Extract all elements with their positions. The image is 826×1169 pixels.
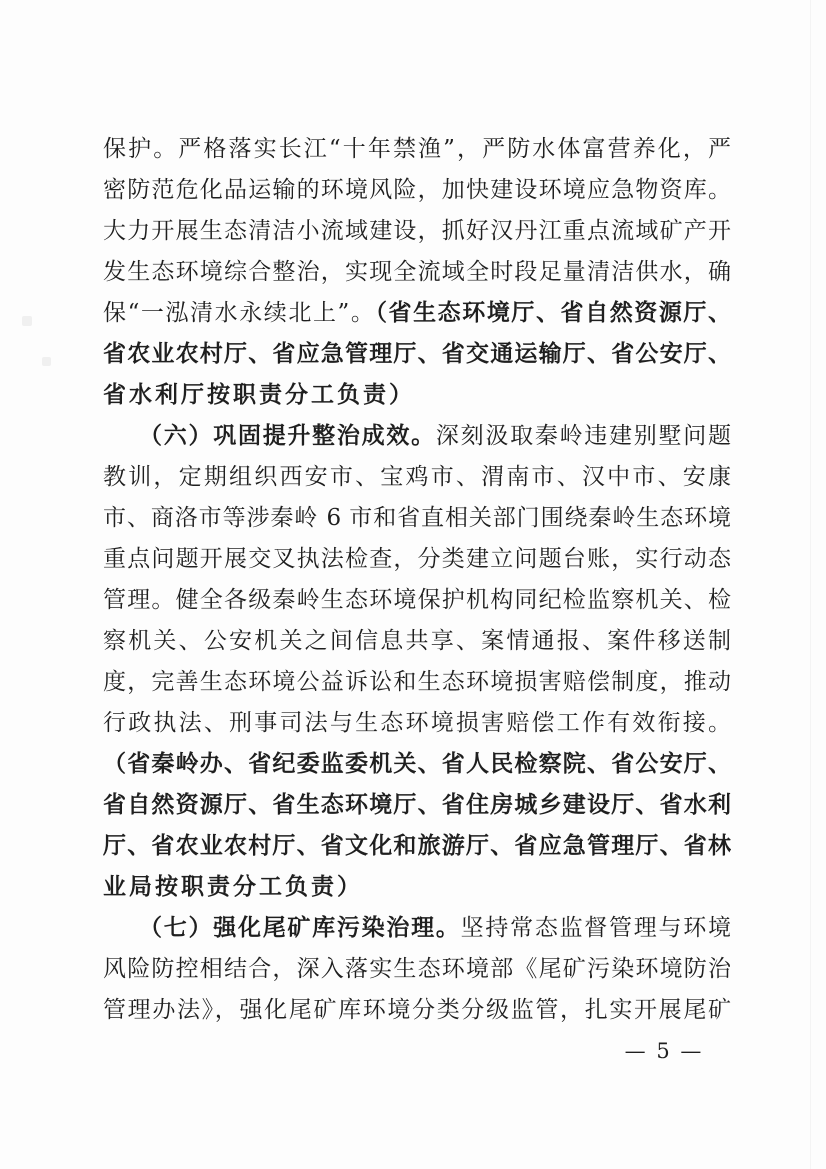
bold-text-run: 省农业农村厅、省应急管理厅、省交通运输厅、省公安厅、 [103,341,731,367]
text-line: 业局按职责分工负责） [103,867,731,908]
text-line: 教训，定期组织西安市、宝鸡市、渭南市、汉中市、安康 [103,457,731,498]
bold-text-run: （七）强化尾矿库污染治理。 [139,915,461,941]
text-line: 保“一泓清水永续北上”。（省生态环境厅、省自然资源厅、 [103,293,731,334]
text-run: 管理办法》，强化尾矿库环境分类分级监管，扎实开展尾矿 [103,997,731,1023]
text-line: 重点问题开展交叉执法检查，分类建立问题台账，实行动态 [103,539,731,580]
text-run: 市、商洛市等涉秦岭 6 市和省直相关部门围绕秦岭生态环境 [103,505,731,531]
scan-smudge-artifact [42,357,51,366]
bold-text-run: 厅、省农业农村厅、省文化和旅游厅、省应急管理厅、省林 [103,833,731,859]
text-run: 察机关、公安机关之间信息共享、案情通报、案件移送制 [103,628,731,654]
document-page: 保护。严格落实长江“十年禁渔”，严防水体富营养化，严密防范危化品运输的环境风险，… [0,0,826,1169]
text-line: 风险防控相结合，深入落实生态环境部《尾矿污染环境防治 [103,949,731,990]
bold-text-run: 业局按职责分工负责） [103,874,363,900]
bold-text-run: 省自然资源厅、省生态环境厅、省住房城乡建设厅、省水利 [103,792,731,818]
bold-text-run: 省水利厅按职责分工负责） [103,382,415,408]
text-line: （省秦岭办、省纪委监委机关、省人民检察院、省公安厅、 [103,744,731,785]
bold-text-run: （六）巩固提升整治成效。 [139,423,436,449]
text-line: （六）巩固提升整治成效。深刻汲取秦岭违建别墅问题 [103,416,731,457]
text-line: 发生态环境综合整治，实现全流域全时段足量清洁供水，确 [103,252,731,293]
text-line: 市、商洛市等涉秦岭 6 市和省直相关部门围绕秦岭生态环境 [103,498,731,539]
text-line: 管理。健全各级秦岭生态环境保护机构同纪检监察机关、检 [103,580,731,621]
text-run: 发生态环境综合整治，实现全流域全时段足量清洁供水，确 [103,259,731,285]
text-line: 大力开展生态清洁小流域建设，抓好汉丹江重点流域矿产开 [103,211,731,252]
text-run: 保“一泓清水永续北上”。 [103,300,375,326]
text-run: 教训，定期组织西安市、宝鸡市、渭南市、汉中市、安康 [103,464,731,490]
text-line: 省自然资源厅、省生态环境厅、省住房城乡建设厅、省水利 [103,785,731,826]
text-line: 省农业农村厅、省应急管理厅、省交通运输厅、省公安厅、 [103,334,731,375]
text-block: 保护。严格落实长江“十年禁渔”，严防水体富营养化，严密防范危化品运输的环境风险，… [103,129,731,1031]
text-line: 度，完善生态环境公益诉讼和生态环境损害赔偿制度，推动 [103,662,731,703]
text-line: 密防范危化品运输的环境风险，加快建设环境应急物资库。 [103,170,731,211]
bold-text-run: （省生态环境厅、省自然资源厅、 [375,300,731,326]
text-run: 重点问题开展交叉执法检查，分类建立问题台账，实行动态 [103,546,731,572]
text-line: 管理办法》，强化尾矿库环境分类分级监管，扎实开展尾矿 [103,990,731,1031]
text-run: 行政执法、刑事司法与生态环境损害赔偿工作有效衔接。 [103,710,731,736]
text-run: 管理。健全各级秦岭生态环境保护机构同纪检监察机关、检 [103,587,731,613]
page-number: — 5 — [614,1036,714,1066]
text-line: 保护。严格落实长江“十年禁渔”，严防水体富营养化，严 [103,129,731,170]
bold-text-run: （省秦岭办、省纪委监委机关、省人民检察院、省公安厅、 [103,751,731,777]
text-run: 保护。严格落实长江“十年禁渔”，严防水体富营养化，严 [103,136,731,162]
text-line: （七）强化尾矿库污染治理。坚持常态监督管理与环境 [103,908,731,949]
text-run: 大力开展生态清洁小流域建设，抓好汉丹江重点流域矿产开 [103,218,731,244]
text-line: 厅、省农业农村厅、省文化和旅游厅、省应急管理厅、省林 [103,826,731,867]
text-run: 坚持常态监督管理与环境 [461,915,731,941]
text-line: 省水利厅按职责分工负责） [103,375,731,416]
text-run: 度，完善生态环境公益诉讼和生态环境损害赔偿制度，推动 [103,669,731,695]
scan-edge-artifact [810,0,811,1169]
text-line: 察机关、公安机关之间信息共享、案情通报、案件移送制 [103,621,731,662]
text-line: 行政执法、刑事司法与生态环境损害赔偿工作有效衔接。 [103,703,731,744]
text-run: 深刻汲取秦岭违建别墅问题 [436,423,731,449]
text-run: 风险防控相结合，深入落实生态环境部《尾矿污染环境防治 [103,956,731,982]
scan-smudge-artifact [22,316,32,326]
text-run: 密防范危化品运输的环境风险，加快建设环境应急物资库。 [103,177,731,203]
